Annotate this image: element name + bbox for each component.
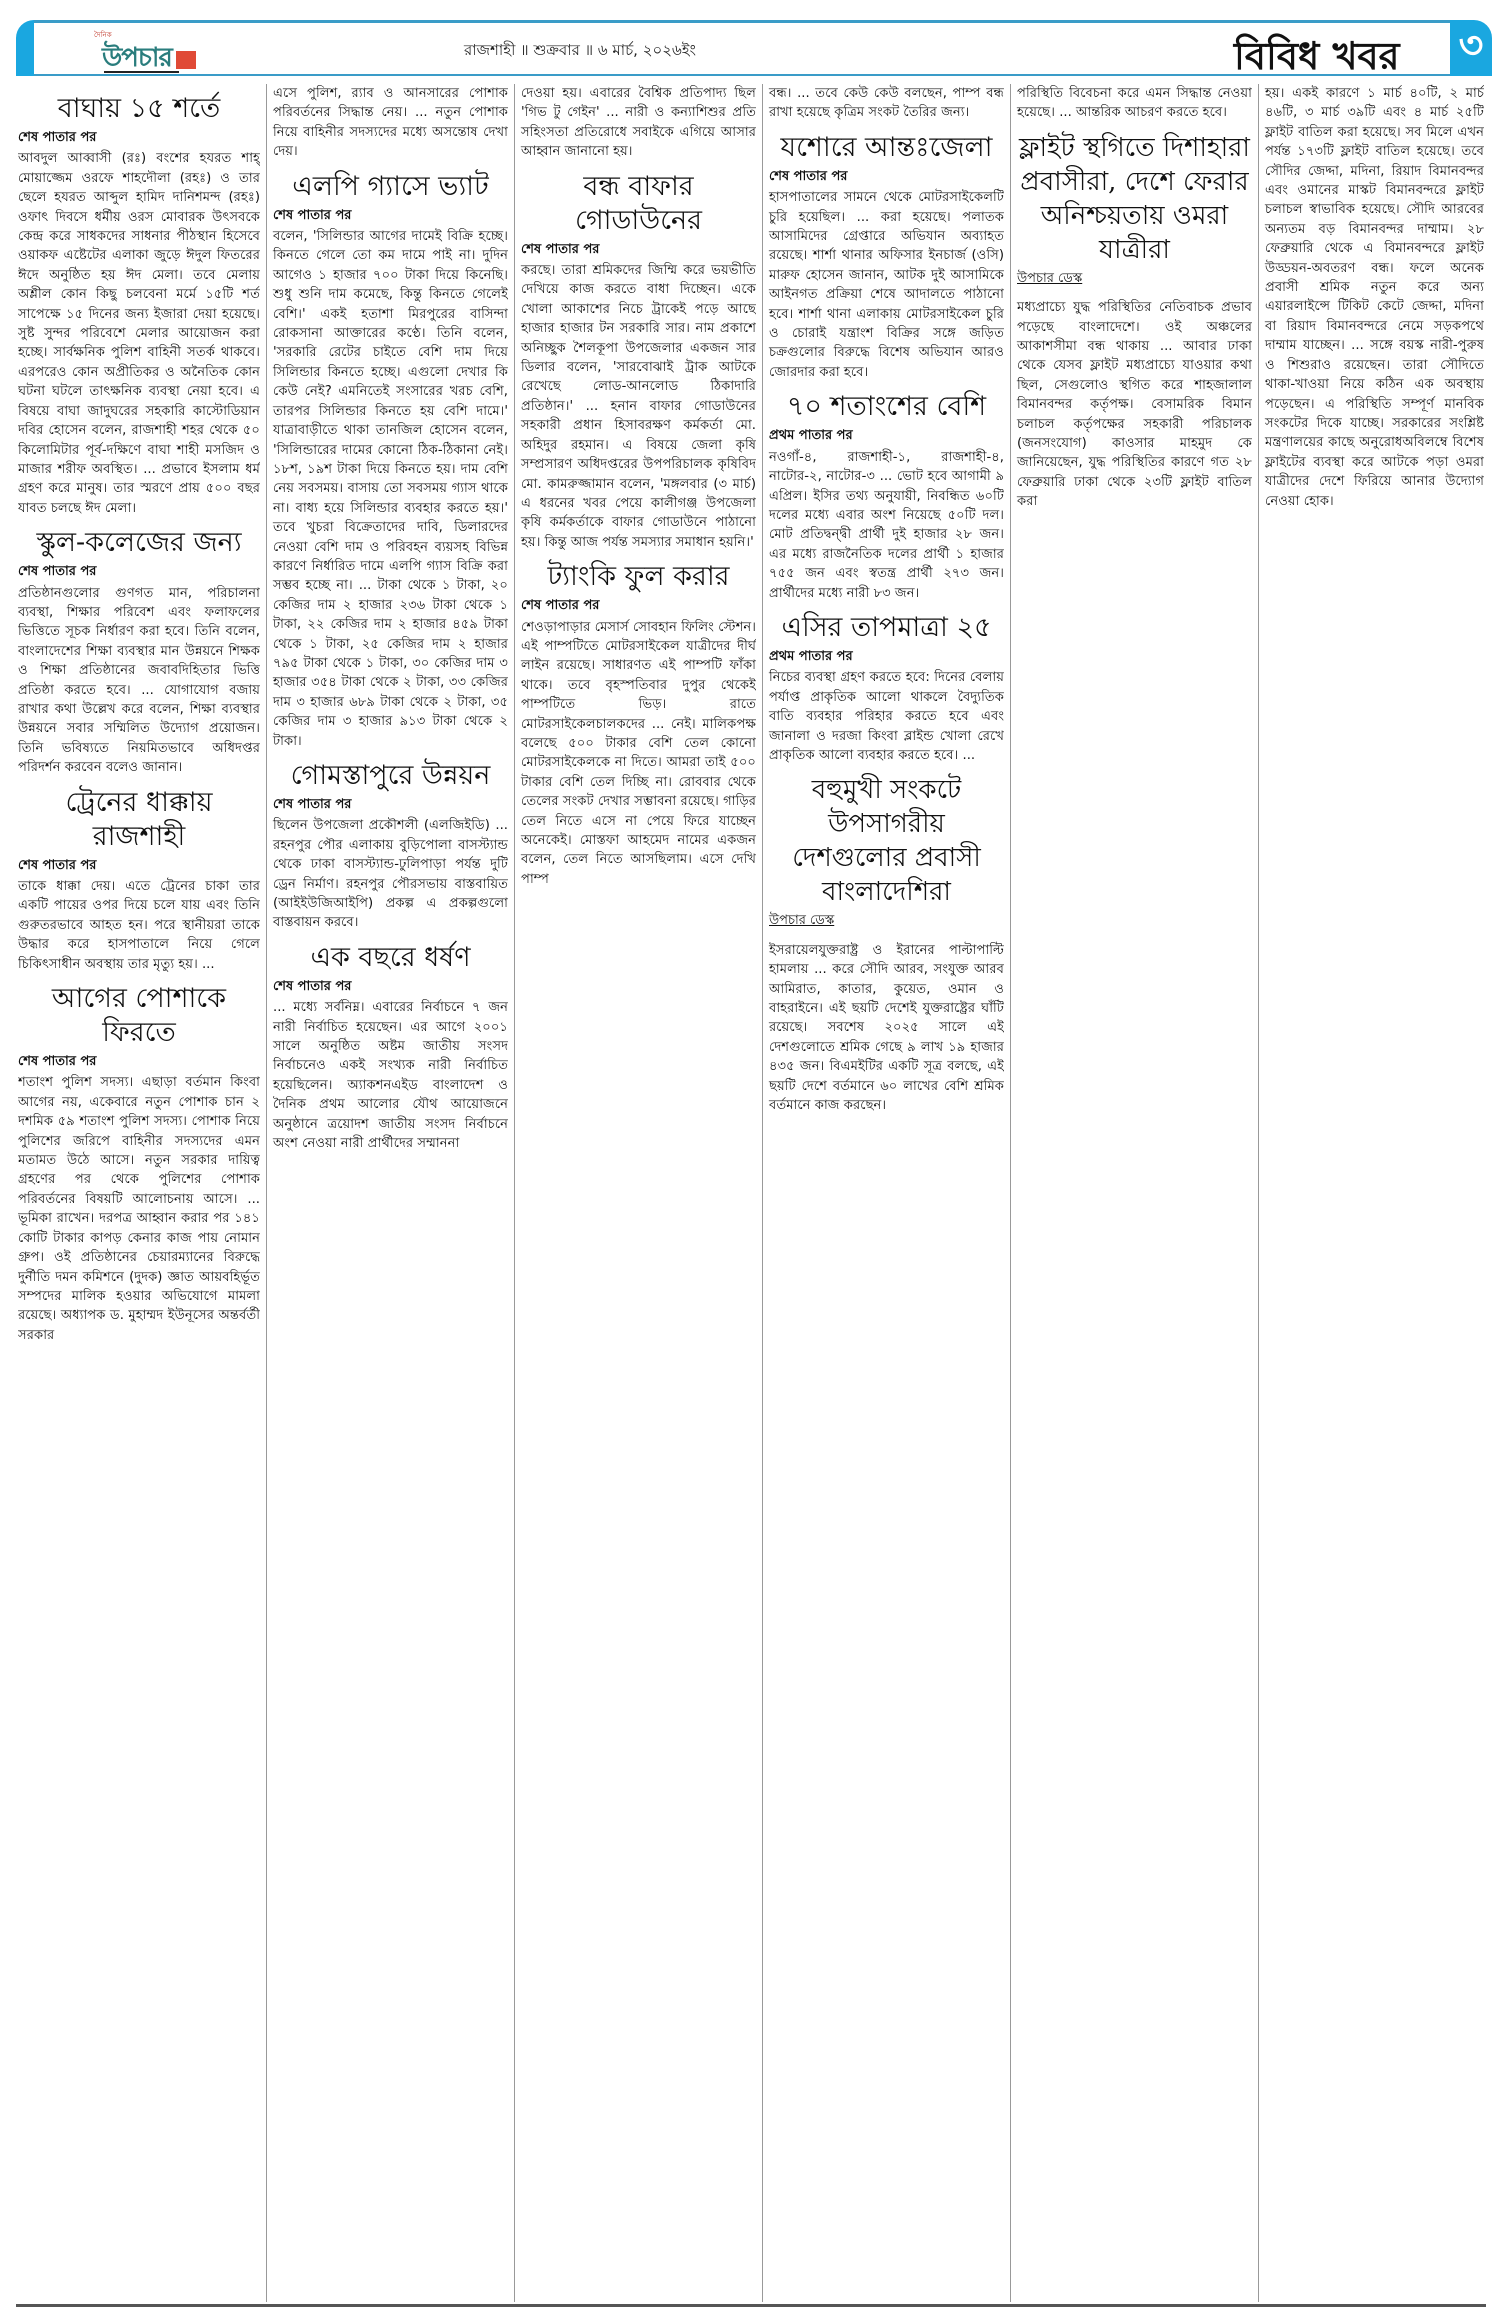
article-body: নিচের ব্যবস্থা গ্রহণ করতে হবে: দিনের বেল… — [769, 668, 1004, 765]
kicker: শেষ পাতার পর — [18, 856, 260, 875]
byline-desk: উপচার ডেস্ক — [769, 911, 1004, 930]
article-body: নওগাঁ-৪, রাজশাহী-১, রাজশাহী-৪, নাটোর-২, … — [769, 448, 1004, 603]
headline-flight-suspension[interactable]: ফ্লাইট স্থগিতে দিশাহারা প্রবাসীরা, দেশে … — [1017, 131, 1252, 267]
kicker: শেষ পাতার পর — [521, 596, 756, 615]
headline-one-year[interactable]: এক বছরে ধর্ষণ — [273, 941, 508, 975]
headline-gulf-expatriates[interactable]: বহুমুখী সংকটে উপসাগরীয় দেশগুলোর প্রবাসী… — [769, 773, 1004, 909]
kicker: শেষ পাতার পর — [18, 562, 260, 581]
section-title: বিবিধ খবর — [1234, 27, 1400, 91]
headline-jessore-interdistrict[interactable]: যশোরে আন্তঃজেলা — [769, 131, 1004, 165]
column-5: পরিস্থিতি বিবেচনা করে এমন সিদ্ধান্ত নেওয… — [1010, 84, 1252, 2302]
article-body: এসে পুলিশ, র‍্যাব ও আনসারের পোশাক পরিবর্… — [273, 84, 508, 162]
article-body: বলেন, 'সিলিন্ডার আগের দামেই বিক্রি হচ্ছে… — [273, 227, 508, 751]
kicker: শেষ পাতার পর — [769, 167, 1004, 186]
headline-police-uniform[interactable]: আগের পোশাকে ফিরতে — [18, 982, 260, 1050]
footer-rule — [16, 2304, 1486, 2307]
article-body: ইসরায়েলযুক্তরাষ্ট্র ও ইরানের পাল্টাপাল্… — [769, 941, 1004, 1116]
kicker: শেষ পাতার পর — [521, 240, 756, 259]
article-body: তাকে ধাক্কা দেয়। এতে ট্রেনের চাকা তার এ… — [18, 877, 260, 974]
headline-buffer-godown[interactable]: বন্ধ বাফার গোডাউনের — [521, 170, 756, 238]
article-body: বন্ধ। ... তবে কেউ কেউ বলছেন, পাম্প বন্ধ … — [769, 84, 1004, 123]
headline-bagha[interactable]: বাঘায় ১৫ শর্তে — [18, 92, 260, 126]
kicker: প্রথম পাতার পর — [769, 426, 1004, 445]
newspaper-logo[interactable]: দৈনিক উপচার — [94, 31, 194, 71]
column-1: বাঘায় ১৫ শর্তে শেষ পাতার পর আবদুল আব্বা… — [18, 84, 260, 2302]
article-body: আবদুল আব্বাসী (রঃ) বংশের হযরত শাহ্ মোয়া… — [18, 149, 260, 518]
headline-70-percent[interactable]: ৭০ শতাংশের বেশি — [769, 390, 1004, 424]
masthead-left-tab — [16, 20, 34, 76]
kicker: শেষ পাতার পর — [18, 1052, 260, 1071]
dateline: রাজশাহী ॥ শুক্রবার ॥ ৬ মার্চ, ২০২৬ইং — [464, 39, 696, 64]
article-body: ছিলেন উপজেলা প্রকৌশলী (এলজিইডি) ... রহনপ… — [273, 816, 508, 932]
column-4: বন্ধ। ... তবে কেউ কেউ বলছেন, পাম্প বন্ধ … — [762, 84, 1004, 2302]
column-2: এসে পুলিশ, র‍্যাব ও আনসারের পোশাক পরিবর্… — [266, 84, 508, 2302]
headline-train-rajshahi[interactable]: ট্রেনের ধাক্কায় রাজশাহী — [18, 786, 260, 854]
headline-ac-temperature[interactable]: এসির তাপমাত্রা ২৫ — [769, 611, 1004, 645]
kicker: প্রথম পাতার পর — [769, 647, 1004, 666]
headline-tank-full[interactable]: ট্যাংকি ফুল করার — [521, 560, 756, 594]
column-3: দেওয়া হয়। এবারের বৈশ্বিক প্রতিপাদ্য ছি… — [514, 84, 756, 2302]
headline-school-college[interactable]: স্কুল-কলেজের জন্য — [18, 526, 260, 560]
masthead: দৈনিক উপচার রাজশাহী ॥ শুক্রবার ॥ ৬ মার্চ… — [16, 20, 1500, 76]
kicker: শেষ পাতার পর — [273, 206, 508, 225]
page-number: ৩ — [1450, 20, 1492, 76]
article-body: হাসপাতালের সামনে থেকে মোটরসাইকেলটি চুরি … — [769, 188, 1004, 382]
headline-lpg-vat[interactable]: এলপি গ্যাসে ভ্যাট — [273, 170, 508, 204]
masthead-bar: দৈনিক উপচার রাজশাহী ॥ শুক্রবার ॥ ৬ মার্চ… — [34, 20, 1474, 76]
article-body: করছে। তারা শ্রমিকদের জিম্মি করে ভয়ভীতি … — [521, 261, 756, 552]
article-body: দেওয়া হয়। এবারের বৈশ্বিক প্রতিপাদ্য ছি… — [521, 84, 756, 162]
kicker: শেষ পাতার পর — [273, 977, 508, 996]
page-body: বাঘায় ১৫ শর্তে শেষ পাতার পর আবদুল আব্বা… — [18, 84, 1484, 2302]
article-body: মধ্যপ্রাচ্যে যুদ্ধ পরিস্থিতির নেতিবাচক প… — [1017, 298, 1252, 511]
logo-underline — [104, 71, 179, 73]
article-body: পরিস্থিতি বিবেচনা করে এমন সিদ্ধান্ত নেওয… — [1017, 84, 1252, 123]
logo-name: উপচার — [102, 37, 172, 81]
headline-gomostapur[interactable]: গোমস্তাপুরে উন্নয়ন — [273, 759, 508, 793]
logo-red-block-icon — [176, 51, 196, 69]
article-body: প্রতিষ্ঠানগুলোর গুণগত মান, পরিচালনা ব্যব… — [18, 584, 260, 778]
article-body: শতাংশ পুলিশ সদস্য। এছাড়া বর্তমান কিংবা … — [18, 1073, 260, 1345]
article-body: ... মধ্যে সর্বনিম্ন। এবারের নির্বাচনে ৭ … — [273, 998, 508, 1153]
kicker: শেষ পাতার পর — [18, 128, 260, 147]
column-6: হয়। একই কারণে ১ মার্চ ৪০টি, ২ মার্চ ৪৬ট… — [1258, 84, 1484, 2302]
article-body: শেওড়াপাড়ার মেসার্স সোবহান ফিলিং স্টেশন… — [521, 618, 756, 890]
byline-desk: উপচার ডেস্ক — [1017, 269, 1252, 288]
article-body: হয়। একই কারণে ১ মার্চ ৪০টি, ২ মার্চ ৪৬ট… — [1265, 84, 1484, 511]
kicker: শেষ পাতার পর — [273, 795, 508, 814]
